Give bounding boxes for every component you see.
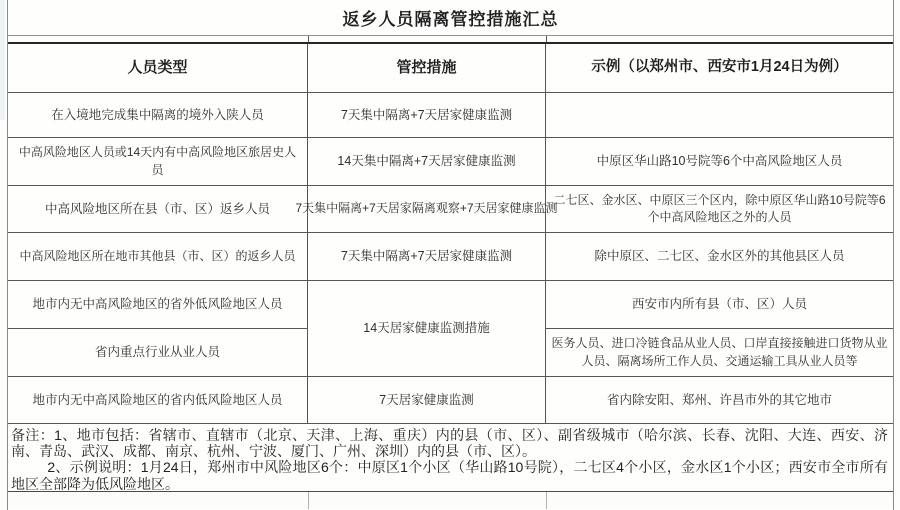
cell-example: 西安市内所有县（市、区）人员 (546, 281, 893, 329)
header-person-type: 人员类型 (8, 44, 308, 93)
cell-example: 中原区华山路10号院等6个中高风险地区人员 (546, 138, 893, 186)
footnotes: 备注：1、地市包括：省辖市、直辖市（北京、天津、上海、重庆）内的县（市、区）、副… (8, 424, 893, 492)
cell-person-type: 中高风险地区所在地市其他县（市、区）的返乡人员 (8, 233, 308, 281)
cell-person-type: 地市内无中高风险地区的省外低风险地区人员 (8, 281, 308, 329)
column-divider (308, 36, 309, 42)
cell-measure: 7天居家健康监测 (308, 377, 546, 424)
column-divider (546, 36, 547, 42)
cell-person-type: 在入境地完成集中隔离的境外入陕人员 (8, 93, 308, 138)
table-title: 返乡人员隔离管控措施汇总 (8, 0, 893, 36)
cell-example: 二七区、金水区、中原区三个区内，除中原区华山路10号院等6个中高风险地区之外的人… (546, 186, 893, 233)
table-grid: 人员类型 管控措施 示例（以郑州市、西安市1月24日为例） 在入境地完成集中隔离… (8, 44, 893, 424)
spacer-row (8, 36, 893, 44)
header-example: 示例（以郑州市、西安市1月24日为例） (546, 44, 893, 93)
column-divider (546, 492, 547, 509)
cell-measure: 7天集中隔离+7天居家隔离观察+7天居家健康监测 (308, 186, 546, 233)
cell-person-type: 中高风险地区所在县（市、区）返乡人员 (8, 186, 308, 233)
cell-example: 医务人员、进口冷链食品从业人员、口岸直接接触进口货物从业人员、隔离场所工作人员、… (546, 329, 893, 377)
cell-person-type: 省内重点行业从业人员 (8, 329, 308, 377)
cell-person-type: 中高风险地区人员或14天内有中高风险地区旅居史人员 (8, 138, 308, 186)
empty-bottom-row (8, 492, 893, 509)
footnote-2: 2、示例说明：1月24日，郑州市中风险地区6个：中原区1个小区（华山路10号院）… (11, 459, 888, 491)
page-background: 返乡人员隔离管控措施汇总 人员类型 管控措施 示例（以郑州市、西安市1月24日为… (0, 0, 900, 510)
cell-measure: 14天集中隔离+7天居家健康监测 (308, 138, 546, 186)
cell-example (546, 93, 893, 138)
cell-example: 除中原区、二七区、金水区外的其他县区人员 (546, 233, 893, 281)
cell-measure: 7天集中隔离+7天居家健康监测 (308, 233, 546, 281)
table-title-text: 返乡人员隔离管控措施汇总 (343, 5, 559, 30)
scan-edge-tint (0, 0, 5, 120)
cell-measure: 7天集中隔离+7天居家健康监测 (308, 93, 546, 138)
cell-example: 省内除安阳、郑州、许昌市外的其它地市 (546, 377, 893, 424)
cell-person-type: 地市内无中高风险地区的省内低风险地区人员 (8, 377, 308, 424)
summary-table: 返乡人员隔离管控措施汇总 人员类型 管控措施 示例（以郑州市、西安市1月24日为… (7, 0, 894, 510)
footnote-1: 备注：1、地市包括：省辖市、直辖市（北京、天津、上海、重庆）内的县（市、区）、副… (11, 427, 888, 459)
header-control-measure: 管控措施 (308, 44, 546, 93)
column-divider (308, 492, 309, 509)
cell-measure-merged: 14天居家健康监测措施 (308, 281, 546, 377)
